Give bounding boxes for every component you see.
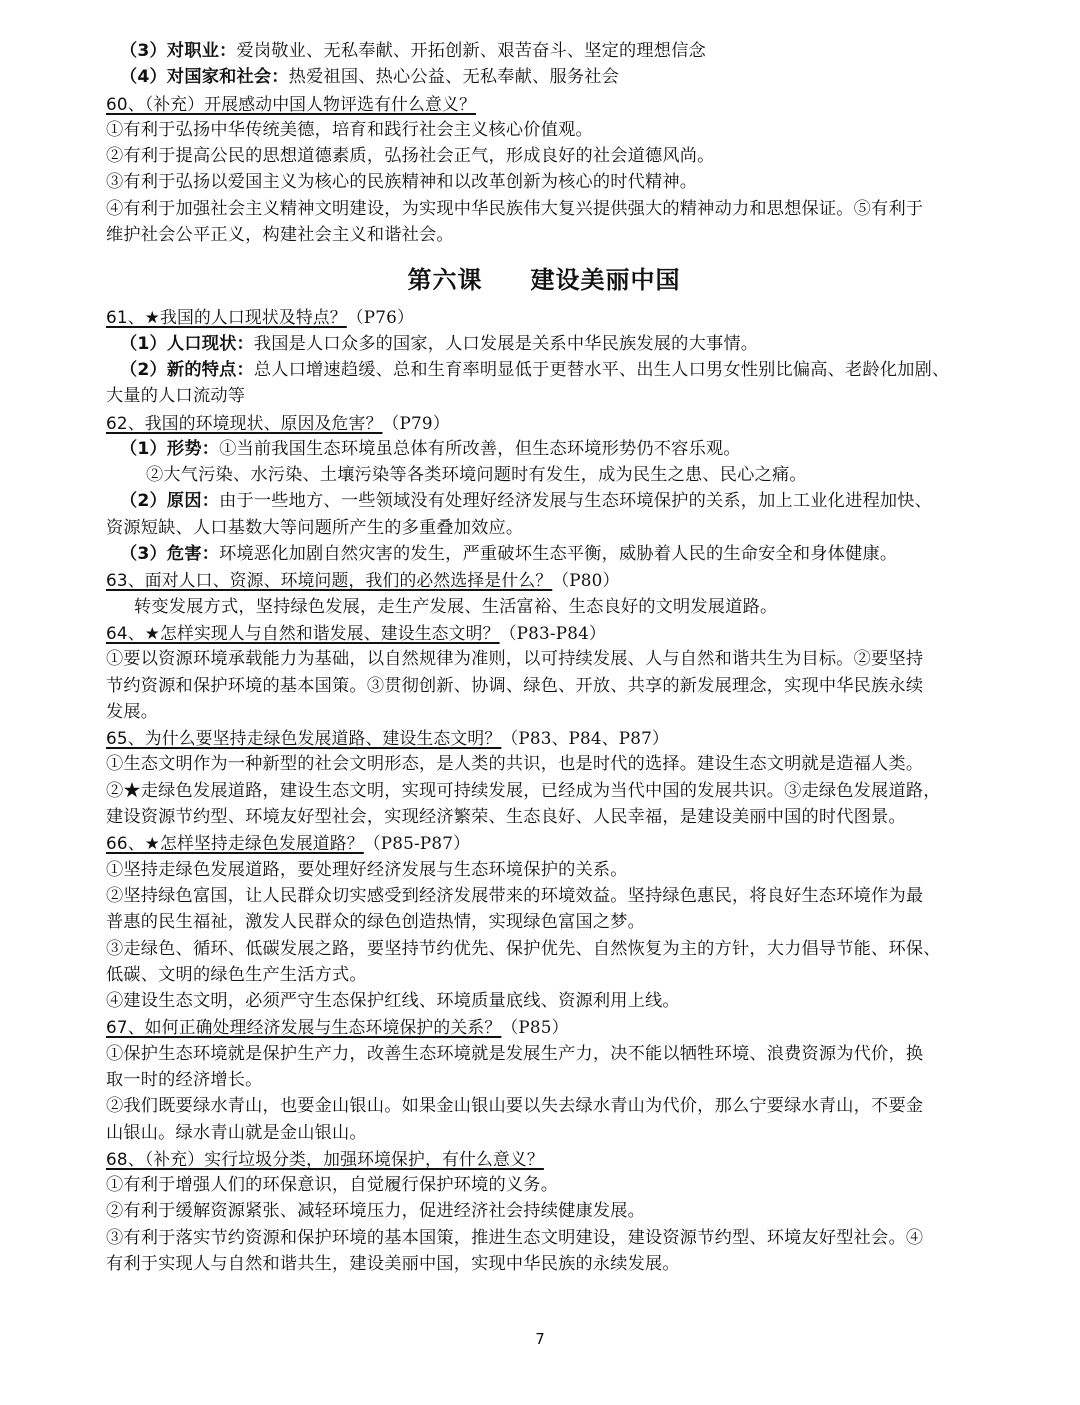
answer-line: （1）人口现状：我国是人口众多的国家，人口发展是关系中华民族发展的大事情。 — [106, 331, 982, 357]
question-63-heading: 63、面对人口、资源、环境问题，我们的必然选择是什么？（P80） — [106, 567, 982, 593]
question-title: 65、为什么要坚持走绿色发展道路、建设生态文明？ — [106, 728, 501, 748]
question-61-heading: 61、★我国的人口现状及特点？（P76） — [106, 304, 982, 330]
answer-line: ②有利于提高公民的思想道德素质，弘扬社会正气，形成良好的社会道德风尚。 — [106, 143, 982, 169]
question-title: 66、★怎样坚持走绿色发展道路？ — [106, 833, 364, 853]
answer-line: 有利于实现人与自然和谐共生，建设美丽中国，实现中华民族的永续发展。 — [106, 1251, 982, 1277]
answer-text: 总人口增速趋缓、总和生育率明显低于更替水平、出生人口男女性别比偏高、老龄化加剧、 — [254, 360, 950, 380]
answer-label: （2）原因： — [120, 491, 219, 511]
answer-text: 环境恶化加剧自然灾害的发生，严重破坏生态平衡，威胁着人民的生命安全和身体健康。 — [219, 544, 897, 564]
answer-line: 转变发展方式，坚持绿色发展，走生产发展、生活富裕、生态良好的文明发展道路。 — [106, 594, 982, 620]
question-64-heading: 64、★怎样实现人与自然和谐发展、建设生态文明？（P83-P84） — [106, 620, 982, 646]
answer-line: ②有利于缓解资源紧张、减轻环境压力，促进经济社会持续健康发展。 — [106, 1198, 982, 1224]
answer-line: （3）危害：环境恶化加剧自然灾害的发生，严重破坏生态平衡，威胁着人民的生命安全和… — [106, 541, 982, 567]
intro-label: （3）对职业： — [120, 41, 237, 61]
question-68-heading: 68、（补充）实行垃圾分类，加强环境保护，有什么意义？ — [106, 1146, 982, 1172]
answer-line: 山银山。绿水青山就是金山银山。 — [106, 1120, 982, 1146]
question-title: 60、（补充）开展感动中国人物评选有什么意义？ — [106, 94, 476, 114]
answer-line: 大量的人口流动等 — [106, 383, 982, 409]
question-title: 68、（补充）实行垃圾分类，加强环境保护，有什么意义？ — [106, 1149, 544, 1169]
answer-line: ③走绿色、循环、低碳发展之路，要坚持节约优先、保护优先、自然恢复为主的方针，大力… — [106, 936, 982, 962]
answer-line: （1）形势：①当前我国生态环境虽总体有所改善，但生态环境形势仍不容乐观。 — [106, 436, 982, 462]
answer-line: 普惠的民生福祉，激发人民群众的绿色创造热情，实现绿色富国之梦。 — [106, 909, 982, 935]
page-ref: （P83-P84） — [500, 623, 606, 643]
answer-line: 取一时的经济增长。 — [106, 1067, 982, 1093]
question-title: 61、★我国的人口现状及特点？ — [106, 307, 347, 327]
question-title: 63、面对人口、资源、环境问题，我们的必然选择是什么？ — [106, 570, 552, 590]
question-title: 64、★怎样实现人与自然和谐发展、建设生态文明？ — [106, 623, 500, 643]
page-ref: （P83、P84、P87） — [501, 728, 669, 748]
answer-line: ④建设生态文明，必须严守生态保护红线、环境质量底线、资源利用上线。 — [106, 988, 982, 1014]
intro-text: 热爱祖国、热心公益、无私奉献、服务社会 — [289, 67, 619, 87]
answer-label: （2）新的特点： — [120, 360, 254, 380]
question-title: 67、如何正确处理经济发展与生态环境保护的关系？ — [106, 1017, 501, 1037]
answer-line: ②★走绿色发展道路，建设生态文明，实现可持续发展，已经成为当代中国的发展共识。③… — [106, 778, 982, 804]
page-ref: （P85-P87） — [364, 833, 470, 853]
answer-line: ②我们既要绿水青山，也要金山银山。如果金山银山要以失去绿水青山为代价，那么宁要绿… — [106, 1093, 982, 1119]
answer-line: ①保护生态环境就是保护生产力，改善生态环境就是发展生产力，决不能以牺牲环境、浪费… — [106, 1041, 982, 1067]
page-ref: （P80） — [552, 570, 619, 590]
page-ref: （P85） — [501, 1017, 568, 1037]
question-67-heading: 67、如何正确处理经济发展与生态环境保护的关系？（P85） — [106, 1014, 982, 1040]
answer-line: 发展。 — [106, 699, 982, 725]
answer-line: （2）新的特点：总人口增速趋缓、总和生育率明显低于更替水平、出生人口男女性别比偏… — [106, 357, 982, 383]
question-65-heading: 65、为什么要坚持走绿色发展道路、建设生态文明？（P83、P84、P87） — [106, 725, 982, 751]
answer-line: ①有利于增强人们的环保意识，自觉履行保护环境的义务。 — [106, 1172, 982, 1198]
page-ref: （P76） — [347, 307, 414, 327]
answer-line: 节约资源和保护环境的基本国策。③贯彻创新、协调、绿色、开放、共享的新发展理念，实… — [106, 673, 982, 699]
answer-line: ①坚持走绿色发展道路，要处理好经济发展与生态环境保护的关系。 — [106, 857, 982, 883]
document-page: （3）对职业：爱岗敬业、无私奉献、开拓创新、艰苦奋斗、坚定的理想信念 （4）对国… — [106, 38, 982, 1277]
intro-label: （4）对国家和社会： — [120, 67, 289, 87]
intro-text: 爱岗敬业、无私奉献、开拓创新、艰苦奋斗、坚定的理想信念 — [237, 41, 706, 61]
answer-line: ②大气污染、水污染、土壤污染等各类环境问题时有发生，成为民生之患、民心之痛。 — [106, 462, 982, 488]
answer-label: （3）危害： — [120, 544, 219, 564]
answer-line: 建设资源节约型、环境友好型社会，实现经济繁荣、生态良好、人民幸福，是建设美丽中国… — [106, 804, 982, 830]
intro-item-career: （3）对职业：爱岗敬业、无私奉献、开拓创新、艰苦奋斗、坚定的理想信念 — [106, 38, 982, 64]
answer-text: 我国是人口众多的国家，人口发展是关系中华民族发展的大事情。 — [254, 334, 758, 354]
answer-line: 低碳、文明的绿色生产生活方式。 — [106, 962, 982, 988]
question-title: 62、我国的环境现状、原因及危害？ — [106, 413, 382, 433]
answer-text: 由于一些地方、一些领域没有处理好经济发展与生态环境保护的关系，加上工业化进程加快… — [219, 491, 932, 511]
answer-line: （2）原因：由于一些地方、一些领域没有处理好经济发展与生态环境保护的关系，加上工… — [106, 488, 982, 514]
answer-line: 维护社会公平正义，构建社会主义和谐社会。 — [106, 222, 982, 248]
page-number: 7 — [0, 1330, 1080, 1348]
page-ref: （P79） — [382, 413, 449, 433]
answer-line: ①有利于弘扬中华传统美德，培育和践行社会主义核心价值观。 — [106, 117, 982, 143]
intro-item-society: （4）对国家和社会：热爱祖国、热心公益、无私奉献、服务社会 — [106, 64, 982, 90]
answer-line: ④有利于加强社会主义精神文明建设，为实现中华民族伟大复兴提供强大的精神动力和思想… — [106, 196, 982, 222]
question-62-heading: 62、我国的环境现状、原因及危害？（P79） — [106, 410, 982, 436]
answer-line: ①要以资源环境承载能力为基础，以自然规律为准则，以可持续发展、人与自然和谐共生为… — [106, 646, 982, 672]
question-60-heading: 60、（补充）开展感动中国人物评选有什么意义？ — [106, 91, 982, 117]
answer-line: ③有利于弘扬以爱国主义为核心的民族精神和以改革创新为核心的时代精神。 — [106, 169, 982, 195]
answer-line: ①生态文明作为一种新型的社会文明形态，是人类的共识，也是时代的选择。建设生态文明… — [106, 751, 982, 777]
answer-label: （1）人口现状： — [120, 334, 254, 354]
answer-line: ②坚持绿色富国，让人民群众切实感受到经济发展带来的环境效益。坚持绿色惠民，将良好… — [106, 883, 982, 909]
lesson-title: 第六课建设美丽中国 — [106, 256, 982, 304]
lesson-number: 第六课 — [408, 266, 483, 294]
question-66-heading: 66、★怎样坚持走绿色发展道路？（P85-P87） — [106, 830, 982, 856]
answer-label: （1）形势： — [120, 439, 219, 459]
answer-text: ①当前我国生态环境虽总体有所改善，但生态环境形势仍不容乐观。 — [219, 439, 741, 459]
answer-line: ③有利于落实节约资源和保护环境的基本国策，推进生态文明建设，建设资源节约型、环境… — [106, 1225, 982, 1251]
answer-line: 资源短缺、人口基数大等问题所产生的多重叠加效应。 — [106, 515, 982, 541]
lesson-name: 建设美丽中国 — [531, 266, 681, 294]
